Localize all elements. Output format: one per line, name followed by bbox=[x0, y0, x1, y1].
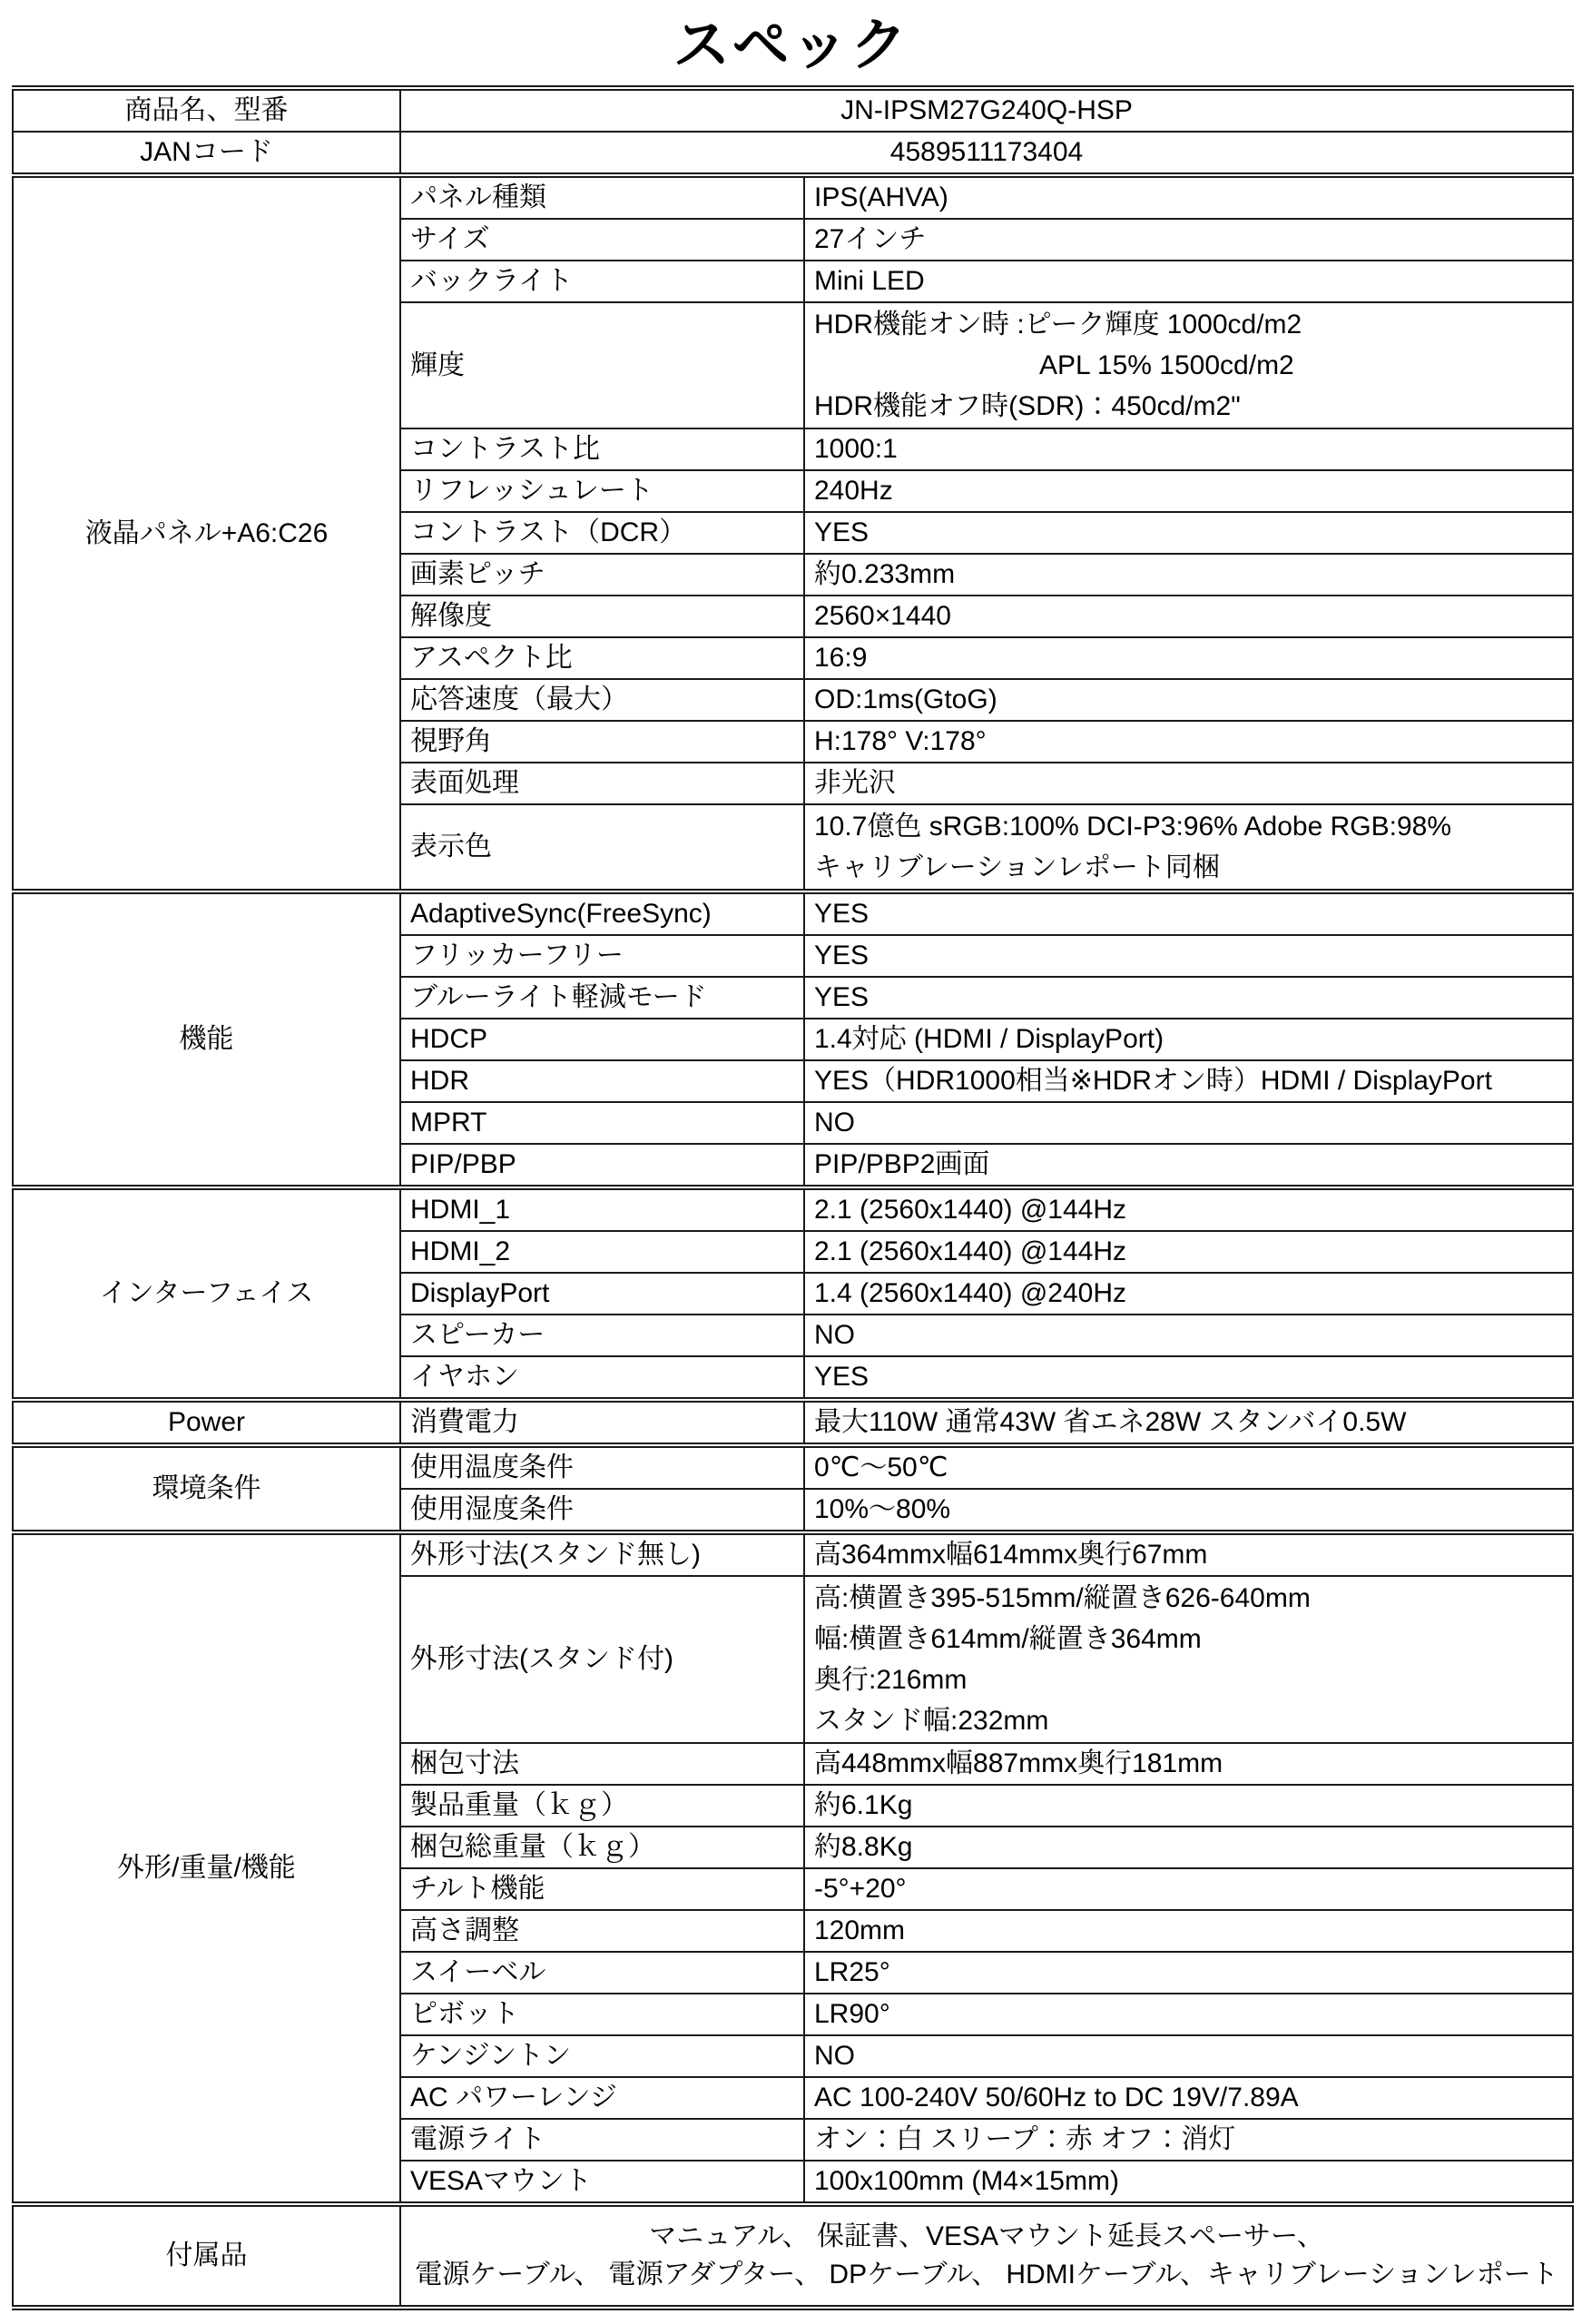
attr-cell: 輝度 bbox=[400, 302, 804, 428]
value-line: 電源ケーブル、 電源アダプター、 DPケーブル、 HDMIケーブル、キャリブレー… bbox=[410, 2256, 1563, 2294]
value-line: PIP/PBP2画面 bbox=[814, 1146, 1563, 1184]
value-cell: 10%～80% bbox=[804, 1489, 1573, 1532]
value-cell: 100x100mm (M4×15mm) bbox=[804, 2161, 1573, 2204]
value-cell: 最大110W 通常43W 省エネ28W スタンバイ0.5W bbox=[804, 1400, 1573, 1445]
attr-cell: 外形寸法(スタンド無し) bbox=[400, 1532, 804, 1576]
value-cell: YES bbox=[804, 512, 1573, 554]
value-line: 幅:横置き614mm/縦置き364mm bbox=[814, 1619, 1563, 1659]
section-label-cell: インターフェイス bbox=[13, 1187, 400, 1400]
value-line: IPS(AHVA) bbox=[814, 179, 1563, 217]
attr-cell: サイズ bbox=[400, 219, 804, 261]
value-line: YES（HDR1000相当※HDRオン時）HDMI / DisplayPort bbox=[814, 1062, 1563, 1100]
value-cell: 0℃～50℃ bbox=[804, 1445, 1573, 1489]
value-cell: YES bbox=[804, 891, 1573, 935]
attr-cell: 応答速度（最大） bbox=[400, 679, 804, 721]
attr-cell: 表示色 bbox=[400, 804, 804, 891]
value-line: 2560×1440 bbox=[814, 597, 1563, 635]
value-cell: 2.1 (2560x1440) @144Hz bbox=[804, 1187, 1573, 1231]
attr-cell: HDMI_2 bbox=[400, 1231, 804, 1273]
value-line: HDR機能オン時 :ピーク輝度 1000cd/m2 bbox=[814, 304, 1563, 345]
value-line: YES bbox=[814, 1358, 1563, 1396]
value-cell: YES bbox=[804, 1356, 1573, 1400]
spec-row: 付属品マニュアル、 保証書、VESAマウント延長スペーサー、電源ケーブル、 電源… bbox=[13, 2204, 1573, 2308]
value-line: 約8.8Kg bbox=[814, 1828, 1563, 1866]
value-cell: LR25° bbox=[804, 1952, 1573, 1994]
row-value-cell: 4589511173404 bbox=[400, 132, 1573, 175]
value-line: 1.4 (2560x1440) @240Hz bbox=[814, 1275, 1563, 1313]
value-cell: NO bbox=[804, 1102, 1573, 1144]
value-cell: IPS(AHVA) bbox=[804, 175, 1573, 219]
value-line: YES bbox=[814, 514, 1563, 552]
attr-cell: 高さ調整 bbox=[400, 1910, 804, 1952]
value-cell: YES bbox=[804, 977, 1573, 1019]
value-line: 約0.233mm bbox=[814, 556, 1563, 594]
value-line: YES bbox=[814, 895, 1563, 933]
spec-row: JANコード4589511173404 bbox=[13, 132, 1573, 175]
spec-row: 機能AdaptiveSync(FreeSync)YES bbox=[13, 891, 1573, 935]
value-cell: 高:横置き395-515mm/縦置き626-640mm幅:横置き614mm/縦置… bbox=[804, 1576, 1573, 1743]
attr-cell: アスペクト比 bbox=[400, 637, 804, 679]
section-label-cell: 液晶パネル+A6:C26 bbox=[13, 175, 400, 891]
value-cell: 1000:1 bbox=[804, 428, 1573, 470]
value-cell: NO bbox=[804, 2035, 1573, 2077]
value-line: OD:1ms(GtoG) bbox=[814, 681, 1563, 719]
value-line: 2.1 (2560x1440) @144Hz bbox=[814, 1233, 1563, 1271]
attr-cell: コントラスト（DCR） bbox=[400, 512, 804, 554]
value-line: 高:横置き395-515mm/縦置き626-640mm bbox=[814, 1578, 1563, 1619]
value-line: NO bbox=[814, 1104, 1563, 1142]
attr-cell: HDCP bbox=[400, 1019, 804, 1060]
value-line: 120mm bbox=[814, 1912, 1563, 1950]
attr-cell: リフレッシュレート bbox=[400, 470, 804, 512]
value-line: HDR機能オフ時(SDR)：450cd/m2" bbox=[814, 386, 1563, 427]
section-label-cell: 付属品 bbox=[13, 2204, 400, 2308]
attr-cell: HDMI_1 bbox=[400, 1187, 804, 1231]
attr-cell: イヤホン bbox=[400, 1356, 804, 1400]
value-line: 奥行:216mm bbox=[814, 1659, 1563, 1700]
value-cell: -5°+20° bbox=[804, 1868, 1573, 1910]
value-cell: 10.7億色 sRGB:100% DCI-P3:96% Adobe RGB:98… bbox=[804, 804, 1573, 891]
attr-cell: PIP/PBP bbox=[400, 1144, 804, 1187]
spec-row: Power消費電力最大110W 通常43W 省エネ28W スタンバイ0.5W bbox=[13, 1400, 1573, 1445]
value-cell: Mini LED bbox=[804, 261, 1573, 302]
value-cell: 非光沢 bbox=[804, 763, 1573, 804]
attr-cell: 使用温度条件 bbox=[400, 1445, 804, 1489]
row-value-cell: JN-IPSM27G240Q-HSP bbox=[400, 88, 1573, 132]
value-line: マニュアル、 保証書、VESAマウント延長スペーサー、 bbox=[410, 2218, 1563, 2256]
value-line: 約6.1Kg bbox=[814, 1787, 1563, 1825]
attr-cell: パネル種類 bbox=[400, 175, 804, 219]
spec-row: 環境条件使用温度条件0℃～50℃ bbox=[13, 1445, 1573, 1489]
value-line: 27インチ bbox=[814, 221, 1563, 259]
attr-cell: VESAマウント bbox=[400, 2161, 804, 2204]
value-cell: 240Hz bbox=[804, 470, 1573, 512]
section-label-cell: 外形/重量/機能 bbox=[13, 1532, 400, 2204]
section-label-cell: 環境条件 bbox=[13, 1445, 400, 1532]
value-line: -5°+20° bbox=[814, 1870, 1563, 1908]
attr-cell: HDR bbox=[400, 1060, 804, 1102]
value-cell: 高364mmx幅614mmx奥行67mm bbox=[804, 1532, 1573, 1576]
attr-cell: 解像度 bbox=[400, 596, 804, 637]
value-line: 100x100mm (M4×15mm) bbox=[814, 2162, 1563, 2201]
value-line: 10%～80% bbox=[814, 1491, 1563, 1529]
value-line: 高448mmx幅887mmx奥行181mm bbox=[814, 1745, 1563, 1783]
attr-cell: バックライト bbox=[400, 261, 804, 302]
value-cell: PIP/PBP2画面 bbox=[804, 1144, 1573, 1187]
section-label-cell: 機能 bbox=[13, 891, 400, 1187]
value-cell: 高448mmx幅887mmx奥行181mm bbox=[804, 1743, 1573, 1785]
spec-table: 商品名、型番JN-IPSM27G240Q-HSPJANコード4589511173… bbox=[12, 85, 1574, 2310]
section-label-cell: Power bbox=[13, 1400, 400, 1445]
value-line: 16:9 bbox=[814, 639, 1563, 677]
value-line: YES bbox=[814, 979, 1563, 1017]
value-line: 1000:1 bbox=[814, 430, 1563, 468]
value-line: スタンド幅:232mm bbox=[814, 1700, 1563, 1741]
value-cell: 16:9 bbox=[804, 637, 1573, 679]
value-cell: YES（HDR1000相当※HDRオン時）HDMI / DisplayPort bbox=[804, 1060, 1573, 1102]
value-line: Mini LED bbox=[814, 262, 1563, 300]
value-cell: 120mm bbox=[804, 1910, 1573, 1952]
value-line: 240Hz bbox=[814, 472, 1563, 510]
value-cell: NO bbox=[804, 1315, 1573, 1356]
value-line: 1.4対応 (HDMI / DisplayPort) bbox=[814, 1020, 1563, 1059]
row-label-cell: JANコード bbox=[13, 132, 400, 175]
attr-cell: ケンジントン bbox=[400, 2035, 804, 2077]
value-cell: 約0.233mm bbox=[804, 554, 1573, 596]
attr-cell: ブルーライト軽減モード bbox=[400, 977, 804, 1019]
value-cell: YES bbox=[804, 935, 1573, 977]
value-line: YES bbox=[814, 937, 1563, 975]
spec-row: 液晶パネル+A6:C26パネル種類IPS(AHVA) bbox=[13, 175, 1573, 219]
attr-cell: 電源ライト bbox=[400, 2119, 804, 2161]
attr-cell: AC パワーレンジ bbox=[400, 2077, 804, 2119]
value-line: 非光沢 bbox=[814, 764, 1563, 803]
page-title: スペック bbox=[0, 9, 1582, 82]
attr-cell: スイーベル bbox=[400, 1952, 804, 1994]
value-line: オン：白 スリープ：赤 オフ：消灯 bbox=[814, 2121, 1563, 2159]
attr-cell: AdaptiveSync(FreeSync) bbox=[400, 891, 804, 935]
value-line: 10.7億色 sRGB:100% DCI-P3:96% Adobe RGB:98… bbox=[814, 806, 1563, 847]
spec-row: 外形/重量/機能外形寸法(スタンド無し)高364mmx幅614mmx奥行67mm bbox=[13, 1532, 1573, 1576]
attr-cell: 画素ピッチ bbox=[400, 554, 804, 596]
value-cell: AC 100-240V 50/60Hz to DC 19V/7.89A bbox=[804, 2077, 1573, 2119]
row-label-cell: 商品名、型番 bbox=[13, 88, 400, 132]
value-cell: 2560×1440 bbox=[804, 596, 1573, 637]
spec-sheet-page: スペック 商品名、型番JN-IPSM27G240Q-HSPJANコード45895… bbox=[0, 9, 1582, 2310]
value-cell: OD:1ms(GtoG) bbox=[804, 679, 1573, 721]
value-cell: HDR機能オン時 :ピーク輝度 1000cd/m2APL 15% 1500cd/… bbox=[804, 302, 1573, 428]
attr-cell: チルト機能 bbox=[400, 1868, 804, 1910]
value-line: 0℃～50℃ bbox=[814, 1449, 1563, 1487]
attr-cell: 消費電力 bbox=[400, 1400, 804, 1445]
value-line: 最大110W 通常43W 省エネ28W スタンバイ0.5W bbox=[814, 1403, 1563, 1442]
value-cell: 1.4対応 (HDMI / DisplayPort) bbox=[804, 1019, 1573, 1060]
value-line: NO bbox=[814, 1316, 1563, 1354]
attr-cell: 視野角 bbox=[400, 721, 804, 763]
value-line: LR90° bbox=[814, 1995, 1563, 2033]
attr-cell: フリッカーフリー bbox=[400, 935, 804, 977]
attr-cell: コントラスト比 bbox=[400, 428, 804, 470]
value-cell: 2.1 (2560x1440) @144Hz bbox=[804, 1231, 1573, 1273]
value-cell: 27インチ bbox=[804, 219, 1573, 261]
row-value-cell: マニュアル、 保証書、VESAマウント延長スペーサー、電源ケーブル、 電源アダプ… bbox=[400, 2204, 1573, 2308]
attr-cell: 梱包寸法 bbox=[400, 1743, 804, 1785]
attr-cell: スピーカー bbox=[400, 1315, 804, 1356]
value-cell: 1.4 (2560x1440) @240Hz bbox=[804, 1273, 1573, 1315]
value-line: NO bbox=[814, 2037, 1563, 2075]
value-line: AC 100-240V 50/60Hz to DC 19V/7.89A bbox=[814, 2079, 1563, 2117]
attr-cell: ピボット bbox=[400, 1994, 804, 2035]
attr-cell: 外形寸法(スタンド付) bbox=[400, 1576, 804, 1743]
attr-cell: DisplayPort bbox=[400, 1273, 804, 1315]
attr-cell: MPRT bbox=[400, 1102, 804, 1144]
attr-cell: 表面処理 bbox=[400, 763, 804, 804]
attr-cell: 使用湿度条件 bbox=[400, 1489, 804, 1532]
value-line: 高364mmx幅614mmx奥行67mm bbox=[814, 1536, 1563, 1574]
value-cell: オン：白 スリープ：赤 オフ：消灯 bbox=[804, 2119, 1573, 2161]
value-cell: H:178° V:178° bbox=[804, 721, 1573, 763]
value-line: キャリブレーションレポート同梱 bbox=[814, 847, 1563, 888]
value-line: LR25° bbox=[814, 1954, 1563, 1992]
attr-cell: 製品重量（ｋｇ） bbox=[400, 1785, 804, 1827]
spec-table-body: 商品名、型番JN-IPSM27G240Q-HSPJANコード4589511173… bbox=[13, 88, 1573, 2308]
value-line: H:178° V:178° bbox=[814, 723, 1563, 761]
value-line: 2.1 (2560x1440) @144Hz bbox=[814, 1191, 1563, 1229]
spec-row: インターフェイスHDMI_12.1 (2560x1440) @144Hz bbox=[13, 1187, 1573, 1231]
attr-cell: 梱包総重量（ｋｇ） bbox=[400, 1827, 804, 1868]
spec-row: 商品名、型番JN-IPSM27G240Q-HSP bbox=[13, 88, 1573, 132]
value-line: APL 15% 1500cd/m2 bbox=[814, 345, 1563, 386]
value-cell: 約8.8Kg bbox=[804, 1827, 1573, 1868]
value-cell: LR90° bbox=[804, 1994, 1573, 2035]
value-cell: 約6.1Kg bbox=[804, 1785, 1573, 1827]
